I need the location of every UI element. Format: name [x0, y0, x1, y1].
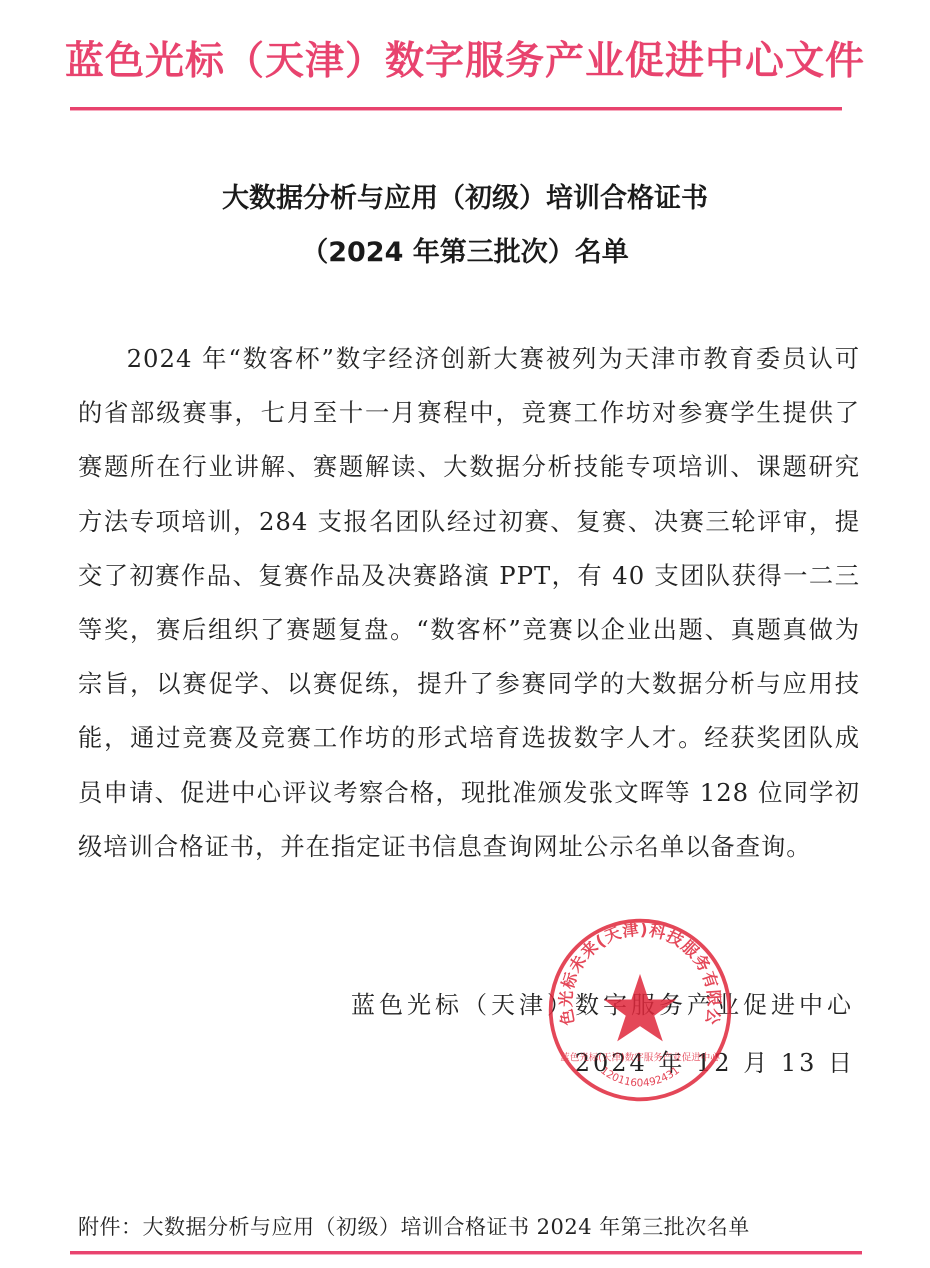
attachment-note: 附件：大数据分析与应用（初级）培训合格证书 2024 年第三批次名单 [78, 1211, 750, 1241]
footer-divider [70, 1251, 862, 1254]
body-paragraph: 2024 年“数客杯”数字经济创新大赛被列为天津市教育委员认可的省部级赛事，七月… [78, 332, 860, 874]
signature-organization: 蓝色光标（天津）数字服务产业促进中心 [351, 985, 855, 1020]
document-subtitle: （2024 年第三批次）名单 [0, 230, 930, 269]
document-masthead: 蓝色光标（天津）数字服务产业促进中心文件 [0, 30, 930, 86]
masthead-divider [70, 107, 842, 110]
signature-date: 2024 年 12 月 13 日 [575, 1043, 855, 1078]
document-title: 大数据分析与应用（初级）培训合格证书 [0, 176, 930, 215]
